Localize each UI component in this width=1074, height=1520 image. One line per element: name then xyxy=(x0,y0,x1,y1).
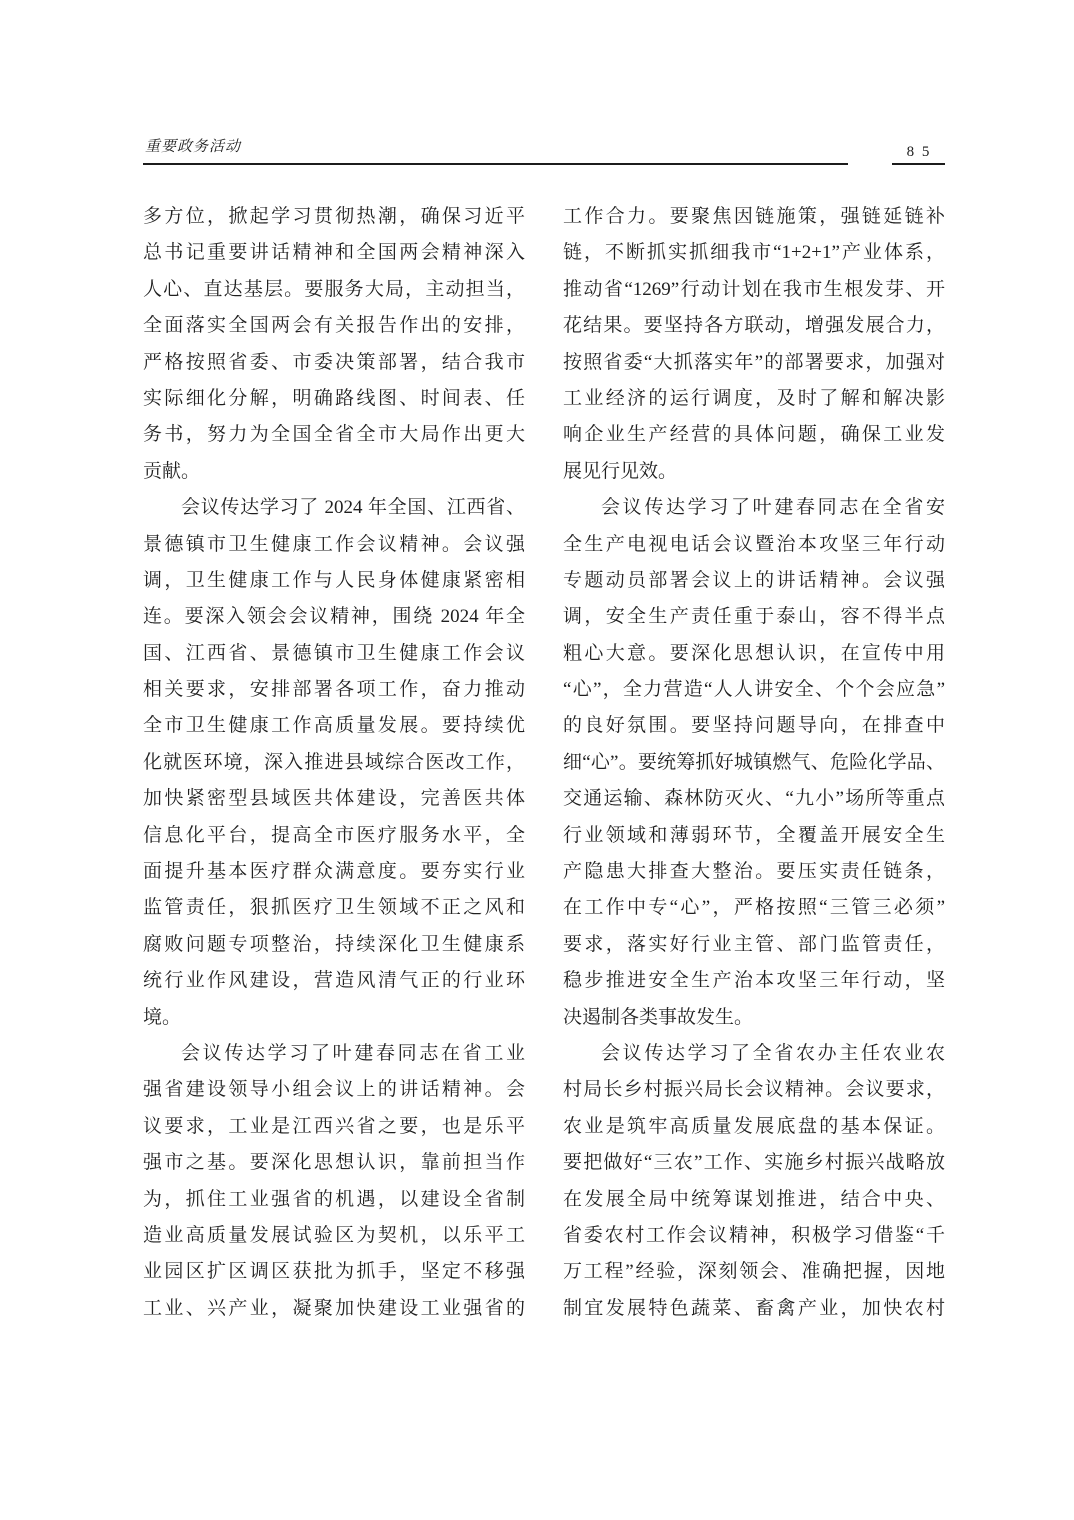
header-rule xyxy=(143,163,848,165)
text-line: 面提升基本医疗群众满意度。要夯实行业 xyxy=(143,854,525,890)
text-line: 村局长乡村振兴局长会议精神。会议要求， xyxy=(563,1072,945,1108)
text-line: 花结果。要坚持各方联动，增强发展合力， xyxy=(563,308,945,344)
text-line: 务书，努力为全国全省全市大局作出更大 xyxy=(143,417,525,453)
document-page: 重要政务活动 8 5 多方位，掀起学习贯彻热潮，确保习近平总书记重要讲话精神和全… xyxy=(0,0,1074,1520)
text-line: 按照省委“大抓落实年”的部署要求，加强对 xyxy=(563,345,945,381)
text-line: 的良好氛围。要坚持问题导向，在排查中 xyxy=(563,708,945,744)
text-line: 全面落实全国两会有关报告作出的安排， xyxy=(143,308,525,344)
text-line: 会议传达学习了叶建春同志在全省安 xyxy=(563,490,945,526)
text-line: 要求，落实好行业主管、部门监管责任， xyxy=(563,927,945,963)
text-column-right: 工作合力。要聚焦因链施策，强链延链补链，不断抓实抓细我市“1+2+1”产业体系，… xyxy=(563,199,945,1327)
section-title: 重要政务活动 xyxy=(145,135,241,156)
text-line: 国、江西省、景德镇市卫生健康工作会议 xyxy=(143,636,525,672)
text-line: “心”，全力营造“人人讲安全、个个会应急” xyxy=(563,672,945,708)
text-line: 工业、兴产业，凝聚加快建设工业强省的 xyxy=(143,1291,525,1327)
text-line: 相关要求，安排部署各项工作，奋力推动 xyxy=(143,672,525,708)
text-line: 全市卫生健康工作高质量发展。要持续优 xyxy=(143,708,525,744)
text-line: 人心、直达基层。要服务大局，主动担当， xyxy=(143,272,525,308)
text-line: 在工作中专“心”，严格按照“三管三必须” xyxy=(563,890,945,926)
text-line: 决遏制各类事故发生。 xyxy=(563,1000,945,1036)
text-line: 行业领域和薄弱环节，全覆盖开展安全生 xyxy=(563,818,945,854)
text-line: 制宜发展特色蔬菜、畜禽产业，加快农村 xyxy=(563,1291,945,1327)
text-line: 调，卫生健康工作与人民身体健康紧密相 xyxy=(143,563,525,599)
text-line: 景德镇市卫生健康工作会议精神。会议强 xyxy=(143,527,525,563)
text-line: 强省建设领导小组会议上的讲话精神。会 xyxy=(143,1072,525,1108)
text-line: 为，抓住工业强省的机遇，以建设全省制 xyxy=(143,1182,525,1218)
text-line: 工作合力。要聚焦因链施策，强链延链补 xyxy=(563,199,945,235)
text-line: 强市之基。要深化思想认识，靠前担当作 xyxy=(143,1145,525,1181)
text-line: 交通运输、森林防灭火、“九小”场所等重点 xyxy=(563,781,945,817)
text-line: 展见行见效。 xyxy=(563,454,945,490)
text-line: 会议传达学习了全省农办主任农业农 xyxy=(563,1036,945,1072)
text-line: 省委农村工作会议精神，积极学习借鉴“千 xyxy=(563,1218,945,1254)
text-line: 业园区扩区调区获批为抓手，坚定不移强 xyxy=(143,1254,525,1290)
text-line: 工业经济的运行调度，及时了解和解决影 xyxy=(563,381,945,417)
text-line: 议要求，工业是江西兴省之要，也是乐平 xyxy=(143,1109,525,1145)
text-line: 造业高质量发展试验区为契机，以乐平工 xyxy=(143,1218,525,1254)
text-line: 响企业生产经营的具体问题，确保工业发 xyxy=(563,417,945,453)
text-line: 总书记重要讲话精神和全国两会精神深入 xyxy=(143,235,525,271)
text-line: 调，安全生产责任重于泰山，容不得半点 xyxy=(563,599,945,635)
text-line: 会议传达学习了 2024 年全国、江西省、 xyxy=(143,490,525,526)
text-line: 会议传达学习了叶建春同志在省工业 xyxy=(143,1036,525,1072)
text-line: 全生产电视电话会议暨治本攻坚三年行动 xyxy=(563,527,945,563)
text-line: 链，不断抓实抓细我市“1+2+1”产业体系， xyxy=(563,235,945,271)
text-line: 加快紧密型县域医共体建设，完善医共体 xyxy=(143,781,525,817)
text-line: 监管责任，狠抓医疗卫生领域不正之风和 xyxy=(143,890,525,926)
text-line: 细“心”。要统筹抓好城镇燃气、危险化学品、 xyxy=(563,745,945,781)
text-line: 贡献。 xyxy=(143,454,525,490)
page-number-rule xyxy=(892,163,945,165)
text-line: 要把做好“三农”工作、实施乡村振兴战略放 xyxy=(563,1145,945,1181)
text-column-left: 多方位，掀起学习贯彻热潮，确保习近平总书记重要讲话精神和全国两会精神深入人心、直… xyxy=(143,199,525,1327)
text-line: 统行业作风建设，营造风清气正的行业环 xyxy=(143,963,525,999)
text-line: 化就医环境，深入推进县域综合医改工作， xyxy=(143,745,525,781)
text-line: 严格按照省委、市委决策部署，结合我市 xyxy=(143,345,525,381)
text-line: 实际细化分解，明确路线图、时间表、任 xyxy=(143,381,525,417)
text-line: 腐败问题专项整治，持续深化卫生健康系 xyxy=(143,927,525,963)
text-line: 万工程”经验，深刻领会、准确把握，因地 xyxy=(563,1254,945,1290)
text-line: 在发展全局中统筹谋划推进，结合中央、 xyxy=(563,1182,945,1218)
text-line: 多方位，掀起学习贯彻热潮，确保习近平 xyxy=(143,199,525,235)
text-line: 境。 xyxy=(143,1000,525,1036)
text-line: 连。要深入领会会议精神，围绕 2024 年全 xyxy=(143,599,525,635)
text-line: 农业是筑牢高质量发展底盘的基本保证。 xyxy=(563,1109,945,1145)
page-number: 8 5 xyxy=(891,144,947,161)
text-line: 产隐患大排查大整治。要压实责任链条， xyxy=(563,854,945,890)
text-line: 推动省“1269”行动计划在我市生根发芽、开 xyxy=(563,272,945,308)
text-line: 稳步推进安全生产治本攻坚三年行动，坚 xyxy=(563,963,945,999)
text-line: 粗心大意。要深化思想认识，在宣传中用 xyxy=(563,636,945,672)
text-line: 专题动员部署会议上的讲话精神。会议强 xyxy=(563,563,945,599)
text-line: 信息化平台，提高全市医疗服务水平，全 xyxy=(143,818,525,854)
